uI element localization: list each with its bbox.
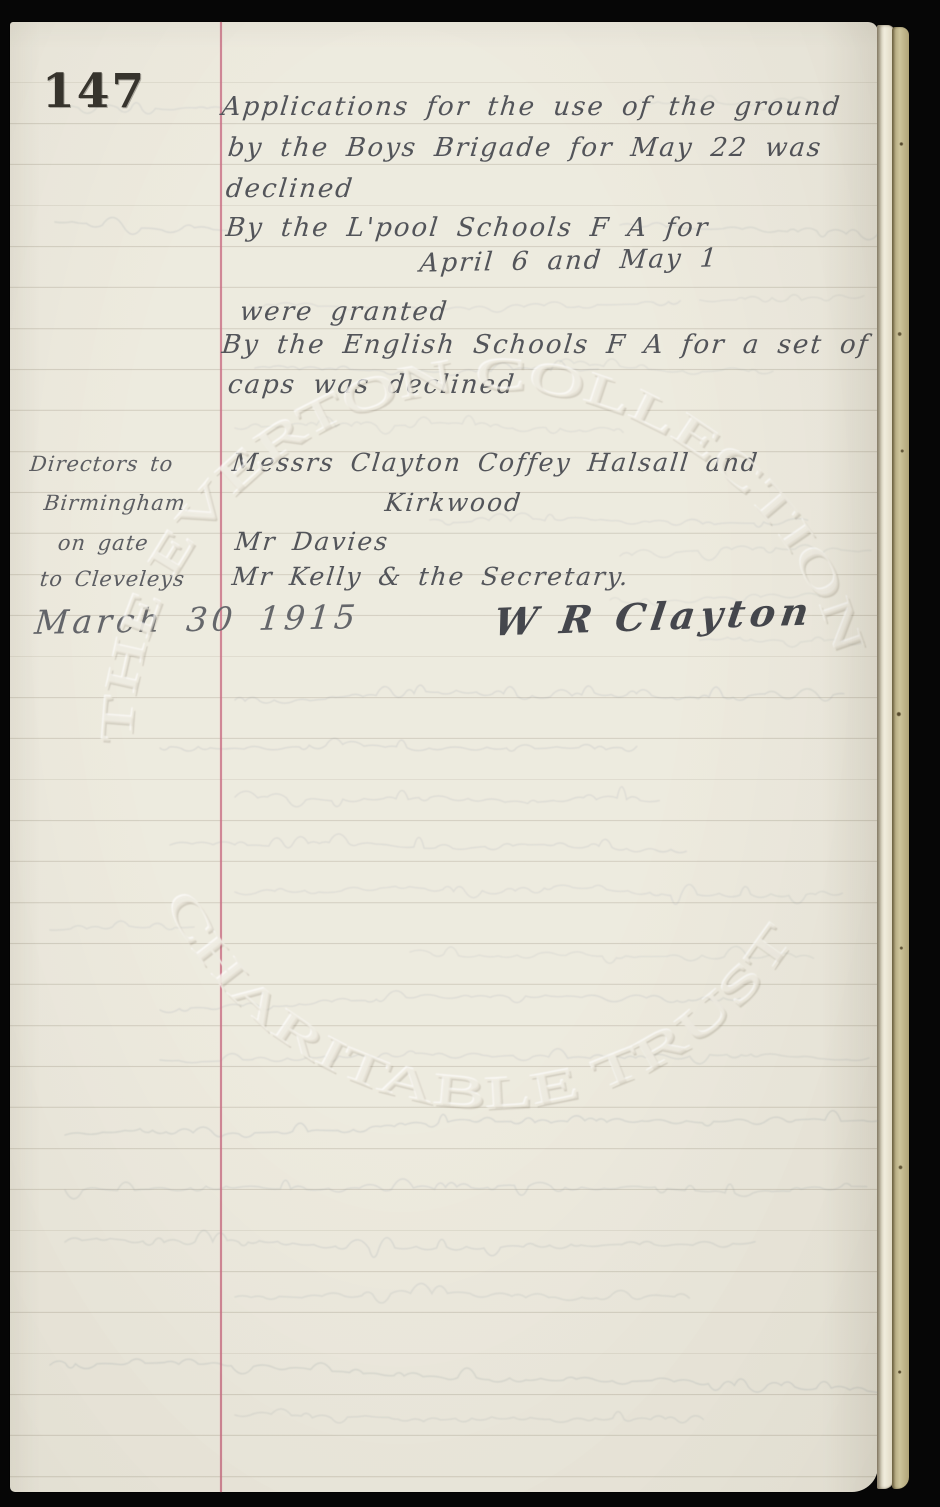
margin-note: on gate [57,531,150,555]
svg-text:THE EVERTON COLLECTION: THE EVERTON COLLECTION [91,349,875,745]
ghost-writing-line [620,545,871,560]
attendee-line: Mr Kelly & the Secretary. [230,562,631,591]
attendee-line: Messrs Clayton Coffey Halsall and [230,448,760,477]
ghost-writing-line [700,637,864,647]
ghost-writing-line [160,991,740,1013]
page-block-edge [892,27,909,1489]
ghost-writing-line [235,787,659,807]
ghost-writing-line [160,1049,869,1064]
svg-text:CHARITABLE TRUST: CHARITABLE TRUST [157,884,804,1121]
ghost-writing-line [170,834,686,853]
minute-line: Applications for the use of the ground [220,92,842,122]
svg-text:CHARITABLE TRUST: CHARITABLE TRUST [155,880,802,1117]
margin-note: Birmingham [43,491,187,515]
minute-line: declined [224,174,355,204]
margin-note: Directors to [29,452,175,476]
scanned-minute-book-photo: 147 Applications for the use of the grou… [0,0,940,1507]
ghost-writing-line [160,738,637,751]
ghost-writing-line [65,1111,878,1138]
ghost-writing-line [50,921,194,930]
page-surface: 147 Applications for the use of the grou… [10,22,878,1492]
ghost-writing-line [65,1231,755,1258]
ghost-writing-line [235,884,842,904]
ghost-writing-line [560,359,773,374]
red-margin-line [220,22,222,1492]
minute-line: caps was declined [226,370,517,400]
date-line: March 30 1915 [33,597,361,642]
minute-line: by the Boys Brigade for May 22 was [226,133,823,163]
chairman-signature: W R Clayton [491,588,817,644]
svg-text:CHARITABLE TRUST: CHARITABLE TRUST [156,882,803,1119]
ghost-writing-line [235,1409,703,1423]
minute-line: April 6 and May 1 [418,243,719,278]
svg-text:THE EVERTON COLLECTION: THE EVERTON COLLECTION [93,351,877,747]
minute-line: were granted [238,297,450,327]
ghost-writing-line [55,217,228,234]
watermark-top-text: THE EVERTON COLLECTION [93,351,877,747]
minute-line: By the English Schools F A for a set of [220,330,871,360]
page-number: 147 [42,64,146,119]
watermark-bottom-text: CHARITABLE TRUST [157,884,804,1121]
attendee-line: Mr Davies [233,527,390,556]
ghost-writing-line [65,1179,867,1199]
ghost-writing-line [235,416,623,434]
attendee-line: Kirkwood [383,488,523,517]
svg-text:THE EVERTON COLLECTION: THE EVERTON COLLECTION [90,347,874,743]
ghost-writing-line [235,685,844,703]
minute-line: By the L'pool Schools F A for [224,213,710,243]
ghost-writing-line [235,1283,689,1302]
ghost-writing-line [700,295,864,302]
margin-note: to Cleveleys [39,567,187,591]
ghost-writing-line [410,946,813,963]
ghost-writing-line [50,1359,878,1393]
